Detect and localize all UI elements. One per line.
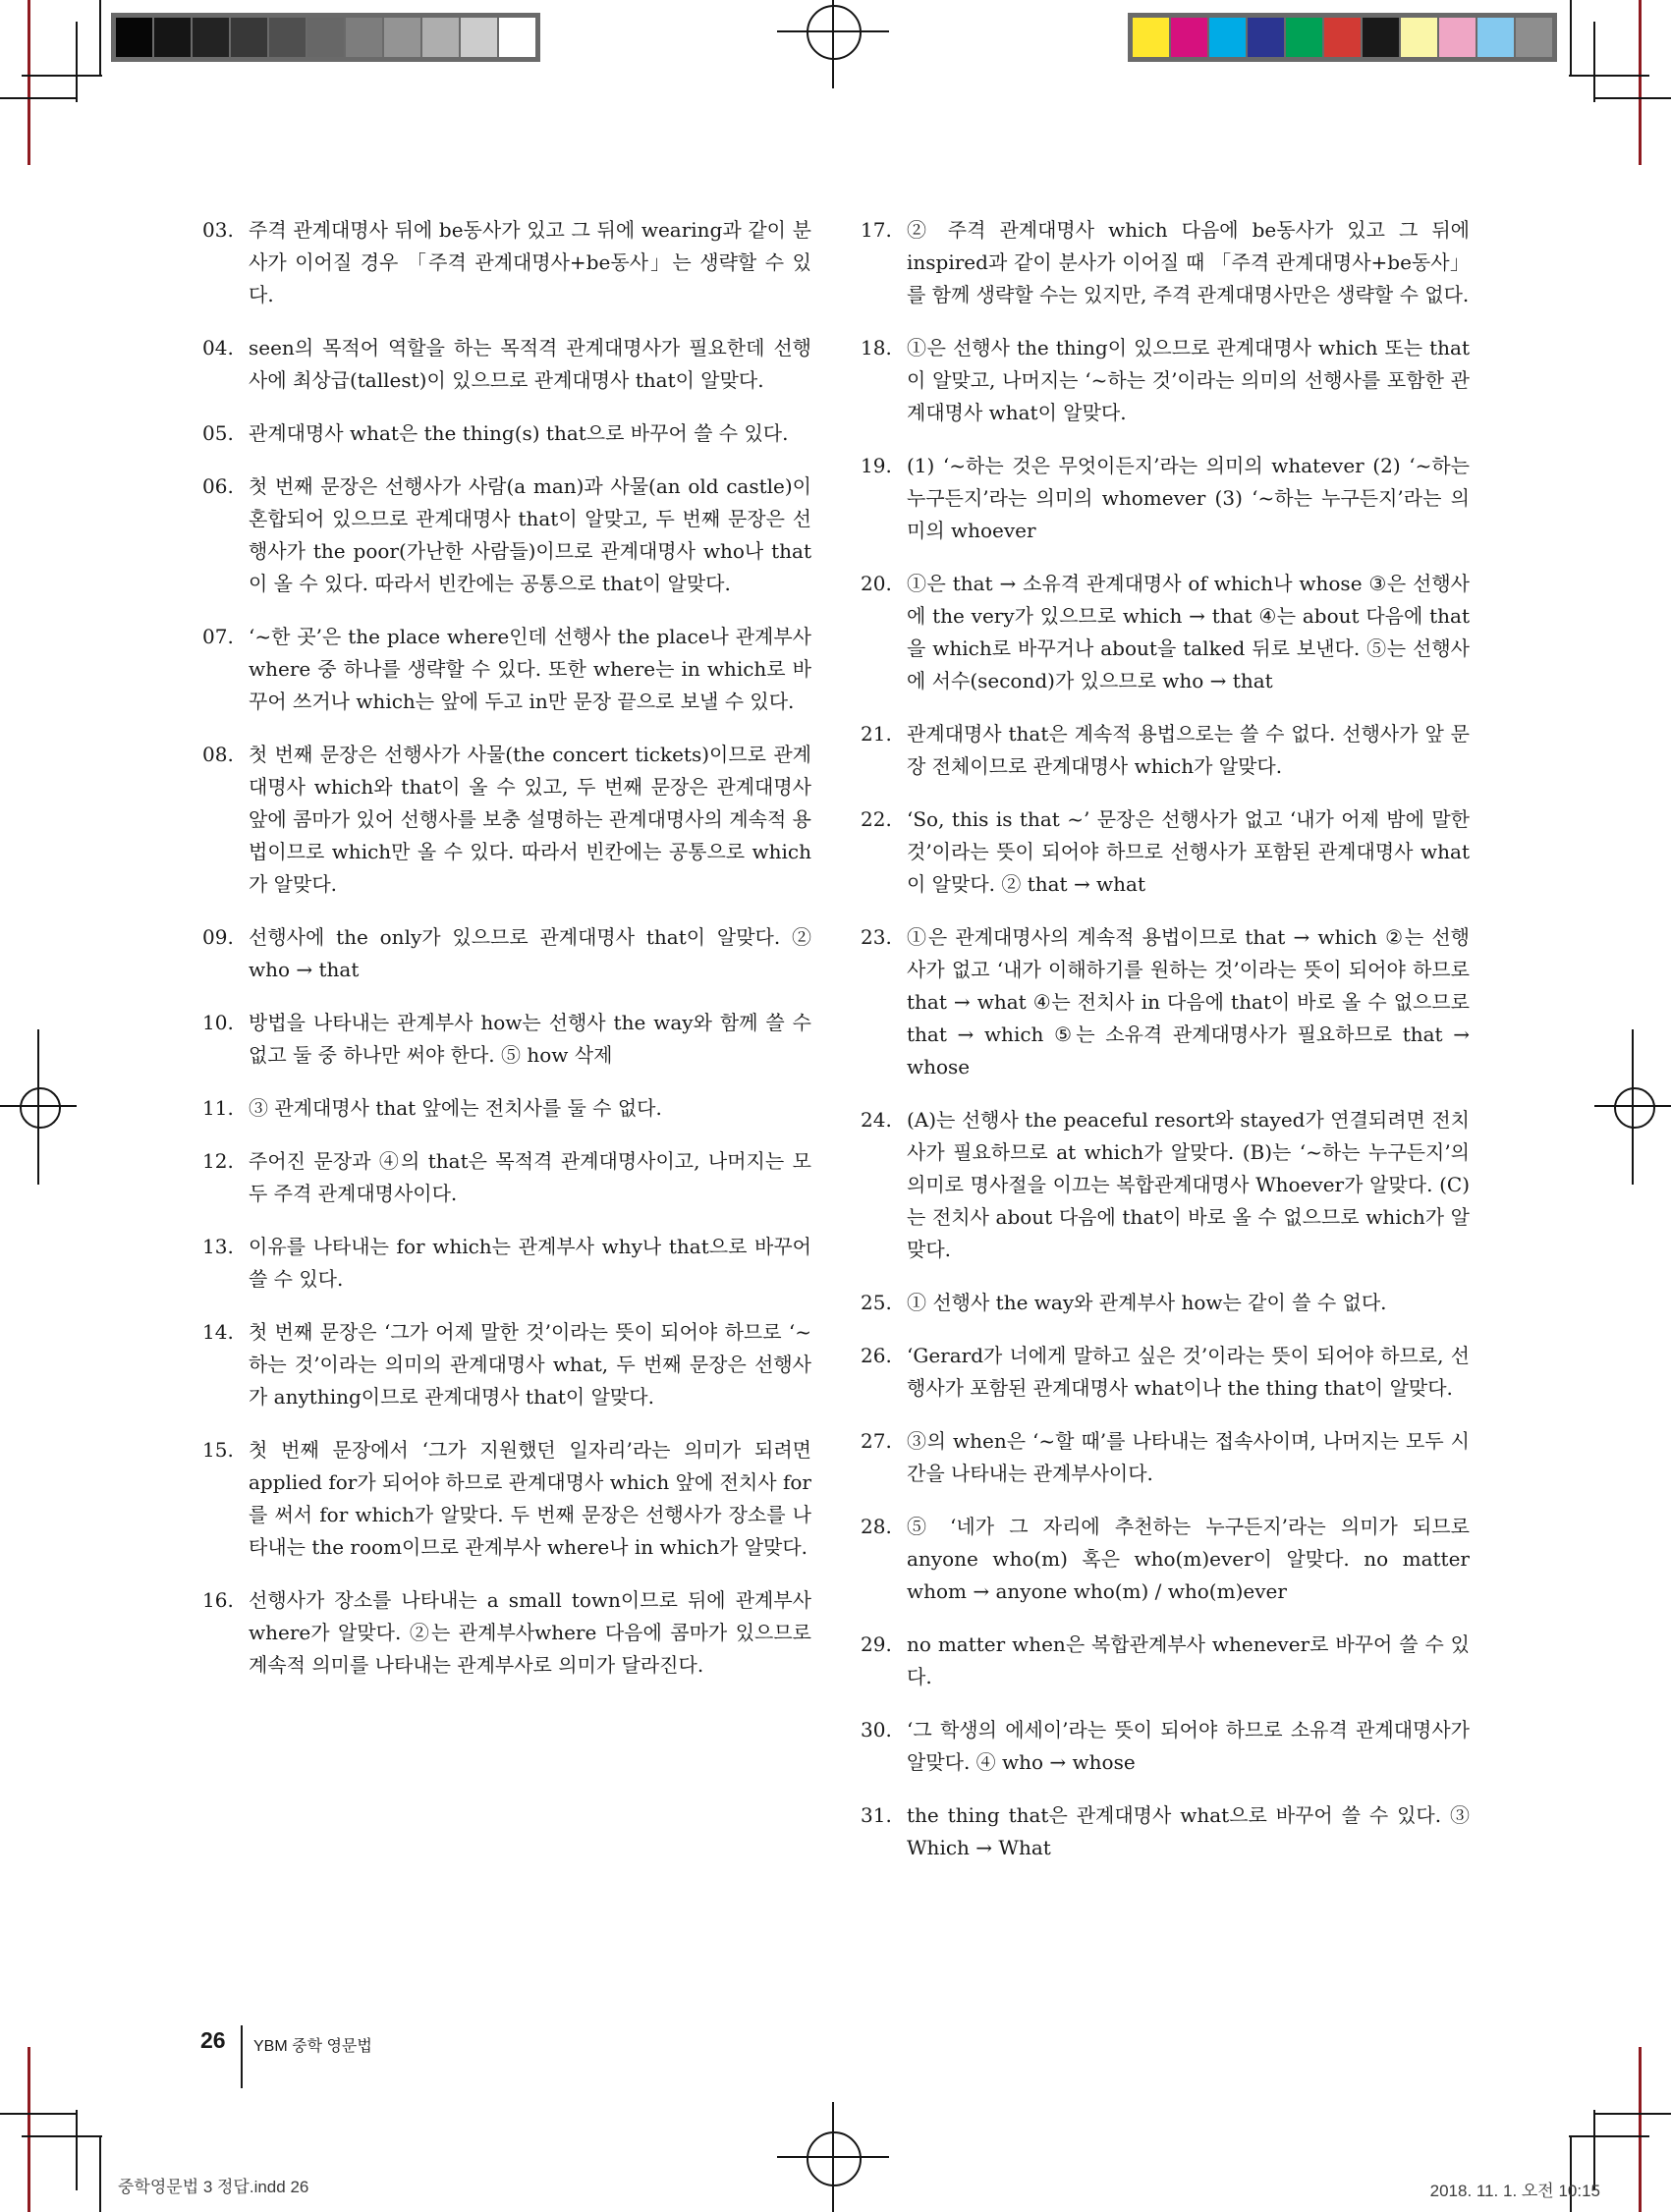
print-file-label: 중학영문법 3 정답.indd 26 <box>118 2173 308 2197</box>
trim-mark-icon <box>1569 2135 1649 2137</box>
color-calibration-bar <box>1128 13 1557 62</box>
item-text: no matter when은 복합관계부사 whenever로 바꾸어 쓸 수… <box>907 1629 1470 1693</box>
item-text: 주격 관계대명사 뒤에 be동사가 있고 그 뒤에 wearing과 같이 분사… <box>249 214 811 311</box>
calibration-swatch <box>116 18 152 57</box>
calibration-swatch <box>1133 18 1169 57</box>
calibration-swatch <box>154 18 191 57</box>
item-text: ② 주격 관계대명사 which 다음에 be동사가 있고 그 뒤에 inspi… <box>907 214 1470 311</box>
item-number: 20. <box>861 568 907 697</box>
answer-column-right: 17. ② 주격 관계대명사 which 다음에 be동사가 있고 그 뒤에 i… <box>861 214 1470 1885</box>
item-text: ⑤ ‘네가 그 자리에 추천하는 누구든지’라는 의미가 되므로 anyone … <box>907 1511 1470 1608</box>
item-text: (A)는 선행사 the peaceful resort와 stayed가 연결… <box>907 1104 1470 1266</box>
answer-item: 12. 주어진 문장과 ④의 that은 목적격 관계대명사이고, 나머지는 모… <box>202 1145 811 1210</box>
item-number: 28. <box>861 1511 907 1608</box>
item-text: ③의 when은 ‘~할 때’를 나타내는 접속사이며, 나머지는 모두 시간을… <box>907 1425 1470 1490</box>
answer-item: 16. 선행사가 장소를 나타내는 a small town이므로 뒤에 관계부… <box>202 1584 811 1682</box>
calibration-swatch <box>461 18 497 57</box>
calibration-swatch <box>1171 18 1207 57</box>
answer-item: 17. ② 주격 관계대명사 which 다음에 be동사가 있고 그 뒤에 i… <box>861 214 1470 311</box>
item-text: 선행사가 장소를 나타내는 a small town이므로 뒤에 관계부사 wh… <box>249 1584 811 1682</box>
answer-item: 19. (1) ‘~하는 것은 무엇이든지’라는 의미의 whatever (2… <box>861 450 1470 547</box>
item-text: 첫 번째 문장에서 ‘그가 지원했던 일자리’라는 의미가 되려면 applie… <box>249 1434 811 1564</box>
answer-item: 05. 관계대명사 what은 the thing(s) that으로 바꾸어 … <box>202 417 811 450</box>
calibration-swatch <box>1324 18 1361 57</box>
calibration-swatch <box>1401 18 1437 57</box>
answer-item: 18. ①은 선행사 the thing이 있으므로 관계대명사 which 또… <box>861 332 1470 429</box>
answer-item: 31. the thing that은 관계대명사 what으로 바꾸어 쓸 수… <box>861 1799 1470 1864</box>
answer-item: 28. ⑤ ‘네가 그 자리에 추천하는 누구든지’라는 의미가 되므로 any… <box>861 1511 1470 1608</box>
answer-item: 27. ③의 when은 ‘~할 때’를 나타내는 접속사이며, 나머지는 모두… <box>861 1425 1470 1490</box>
trim-mark-icon <box>99 2135 101 2212</box>
item-text: 주어진 문장과 ④의 that은 목적격 관계대명사이고, 나머지는 모두 주격… <box>249 1145 811 1210</box>
calibration-swatch <box>1516 18 1552 57</box>
book-title: YBM 중학 영문법 <box>253 2033 372 2056</box>
item-number: 10. <box>202 1007 249 1072</box>
item-text: ③ 관계대명사 that 앞에는 전치사를 둘 수 없다. <box>249 1092 811 1125</box>
item-number: 16. <box>202 1584 249 1682</box>
calibration-swatch <box>346 18 382 57</box>
answer-item: 26. ‘Gerard가 너에게 말하고 싶은 것’이라는 뜻이 되어야 하므로… <box>861 1340 1470 1405</box>
answer-item: 13. 이유를 나타내는 for which는 관계부사 why나 that으로… <box>202 1231 811 1296</box>
item-text: ‘그 학생의 에세이’라는 뜻이 되어야 하므로 소유격 관계대명사가 알맞다.… <box>907 1714 1470 1779</box>
item-number: 03. <box>202 214 249 311</box>
answer-item: 30. ‘그 학생의 에세이’라는 뜻이 되어야 하므로 소유격 관계대명사가 … <box>861 1714 1470 1779</box>
answer-item: 11. ③ 관계대명사 that 앞에는 전치사를 둘 수 없다. <box>202 1092 811 1125</box>
item-number: 12. <box>202 1145 249 1210</box>
print-timestamp: 2018. 11. 1. 오전 10:15 <box>1430 2177 1600 2201</box>
registration-mark-icon <box>807 2131 862 2186</box>
bleed-line-right-bottom <box>1639 2047 1642 2212</box>
calibration-swatch <box>384 18 420 57</box>
item-text: 첫 번째 문장은 선행사가 사람(a man)과 사물(an old castl… <box>249 470 811 600</box>
item-number: 27. <box>861 1425 907 1490</box>
item-text: 관계대명사 what은 the thing(s) that으로 바꾸어 쓸 수 … <box>249 417 811 450</box>
answer-item: 23. ①은 관계대명사의 계속적 용법이므로 that → which ②는 … <box>861 921 1470 1083</box>
item-number: 13. <box>202 1231 249 1296</box>
trim-mark-icon <box>22 2135 102 2137</box>
trim-mark-icon <box>76 22 78 102</box>
answer-item: 09. 선행사에 the only가 있으므로 관계대명사 that이 알맞다.… <box>202 921 811 986</box>
trim-mark-icon <box>0 2113 77 2115</box>
answer-item: 21. 관계대명사 that은 계속적 용법으로는 쓸 수 없다. 선행사가 앞… <box>861 718 1470 783</box>
bleed-line-left-bottom <box>28 2047 30 2212</box>
item-number: 31. <box>861 1799 907 1864</box>
item-text: ①은 that → 소유격 관계대명사 of which나 whose ③은 선… <box>907 568 1470 697</box>
calibration-swatch <box>1286 18 1322 57</box>
answer-item: 14. 첫 번째 문장은 ‘그가 어제 말한 것’이라는 뜻이 되어야 하므로 … <box>202 1316 811 1413</box>
calibration-swatch <box>1248 18 1284 57</box>
calibration-swatch <box>307 18 344 57</box>
answer-item: 06. 첫 번째 문장은 선행사가 사람(a man)과 사물(an old c… <box>202 470 811 600</box>
answer-item: 07. ‘~한 곳’은 the place where인데 선행사 the pl… <box>202 621 811 718</box>
calibration-swatch <box>269 18 306 57</box>
answer-item: 29. no matter when은 복합관계부사 whenever로 바꾸어… <box>861 1629 1470 1693</box>
item-text: ‘~한 곳’은 the place where인데 선행사 the place나… <box>249 621 811 718</box>
registration-mark-icon <box>1614 1087 1655 1129</box>
answer-item: 25. ① 선행사 the way와 관계부사 how는 같이 쓸 수 없다. <box>861 1287 1470 1319</box>
answer-item: 04. seen의 목적어 역할을 하는 목적격 관계대명사가 필요한데 선행사… <box>202 332 811 397</box>
item-text: 이유를 나타내는 for which는 관계부사 why나 that으로 바꾸어… <box>249 1231 811 1296</box>
answer-item: 03. 주격 관계대명사 뒤에 be동사가 있고 그 뒤에 wearing과 같… <box>202 214 811 311</box>
item-number: 04. <box>202 332 249 397</box>
bleed-line-left-top <box>28 0 30 165</box>
item-text: 선행사에 the only가 있으므로 관계대명사 that이 알맞다. ② w… <box>249 921 811 986</box>
item-number: 06. <box>202 470 249 600</box>
trim-mark-icon <box>76 2110 78 2190</box>
trim-mark-icon <box>0 97 77 99</box>
grayscale-calibration-bar <box>111 13 540 62</box>
item-text: 관계대명사 that은 계속적 용법으로는 쓸 수 없다. 선행사가 앞 문장 … <box>907 718 1470 783</box>
trim-mark-icon <box>22 75 102 77</box>
item-number: 21. <box>861 718 907 783</box>
item-number: 05. <box>202 417 249 450</box>
item-text: ①은 관계대명사의 계속적 용법이므로 that → which ②는 선행사가… <box>907 921 1470 1083</box>
item-number: 29. <box>861 1629 907 1693</box>
item-text: ①은 선행사 the thing이 있으므로 관계대명사 which 또는 th… <box>907 332 1470 429</box>
item-number: 07. <box>202 621 249 718</box>
calibration-swatch <box>231 18 267 57</box>
item-text: 방법을 나타내는 관계부사 how는 선행사 the way와 함께 쓸 수 없… <box>249 1007 811 1072</box>
printed-answer-page: 03. 주격 관계대명사 뒤에 be동사가 있고 그 뒤에 wearing과 같… <box>0 0 1671 2212</box>
item-number: 26. <box>861 1340 907 1405</box>
calibration-swatch <box>1439 18 1476 57</box>
item-text: 첫 번째 문장은 ‘그가 어제 말한 것’이라는 뜻이 되어야 하므로 ‘~하는… <box>249 1316 811 1413</box>
answer-column-left: 03. 주격 관계대명사 뒤에 be동사가 있고 그 뒤에 wearing과 같… <box>202 214 811 1702</box>
item-number: 30. <box>861 1714 907 1779</box>
answer-item: 22. ‘So, this is that ~’ 문장은 선행사가 없고 ‘내가… <box>861 803 1470 901</box>
calibration-swatch <box>193 18 229 57</box>
calibration-swatch <box>1477 18 1514 57</box>
item-number: 08. <box>202 739 249 901</box>
bleed-line-right-top <box>1639 0 1642 165</box>
item-number: 25. <box>861 1287 907 1319</box>
trim-mark-icon <box>1569 75 1649 77</box>
page-number: 26 <box>200 2027 226 2054</box>
item-number: 15. <box>202 1434 249 1564</box>
item-text: the thing that은 관계대명사 what으로 바꾸어 쓸 수 있다.… <box>907 1799 1470 1864</box>
item-text: (1) ‘~하는 것은 무엇이든지’라는 의미의 whatever (2) ‘~… <box>907 450 1470 547</box>
answer-item: 08. 첫 번째 문장은 선행사가 사물(the concert tickets… <box>202 739 811 901</box>
item-number: 18. <box>861 332 907 429</box>
item-number: 11. <box>202 1092 249 1125</box>
item-number: 22. <box>861 803 907 901</box>
trim-mark-icon <box>1594 2113 1671 2115</box>
trim-mark-icon <box>1594 97 1671 99</box>
answer-item: 10. 방법을 나타내는 관계부사 how는 선행사 the way와 함께 쓸… <box>202 1007 811 1072</box>
calibration-swatch <box>1363 18 1399 57</box>
footer-divider <box>241 2025 243 2088</box>
trim-mark-icon <box>1593 22 1595 102</box>
item-number: 14. <box>202 1316 249 1413</box>
item-text: ‘So, this is that ~’ 문장은 선행사가 없고 ‘내가 어제 … <box>907 803 1470 901</box>
item-number: 17. <box>861 214 907 311</box>
answer-item: 20. ①은 that → 소유격 관계대명사 of which나 whose … <box>861 568 1470 697</box>
trim-mark-icon <box>1570 0 1572 77</box>
item-text: seen의 목적어 역할을 하는 목적격 관계대명사가 필요한데 선행사에 최상… <box>249 332 811 397</box>
item-number: 23. <box>861 921 907 1083</box>
item-text: ① 선행사 the way와 관계부사 how는 같이 쓸 수 없다. <box>907 1287 1470 1319</box>
calibration-swatch <box>1209 18 1246 57</box>
calibration-swatch <box>499 18 535 57</box>
answer-item: 15. 첫 번째 문장에서 ‘그가 지원했던 일자리’라는 의미가 되려면 ap… <box>202 1434 811 1564</box>
trim-mark-icon <box>99 0 101 77</box>
item-number: 19. <box>861 450 907 547</box>
item-number: 09. <box>202 921 249 986</box>
registration-mark-icon <box>20 1087 61 1129</box>
item-text: ‘Gerard가 너에게 말하고 싶은 것’이라는 뜻이 되어야 하므로, 선행… <box>907 1340 1470 1405</box>
calibration-swatch <box>422 18 459 57</box>
registration-mark-icon <box>807 5 862 60</box>
item-text: 첫 번째 문장은 선행사가 사물(the concert tickets)이므로… <box>249 739 811 901</box>
item-number: 24. <box>861 1104 907 1266</box>
answer-item: 24. (A)는 선행사 the peaceful resort와 stayed… <box>861 1104 1470 1266</box>
